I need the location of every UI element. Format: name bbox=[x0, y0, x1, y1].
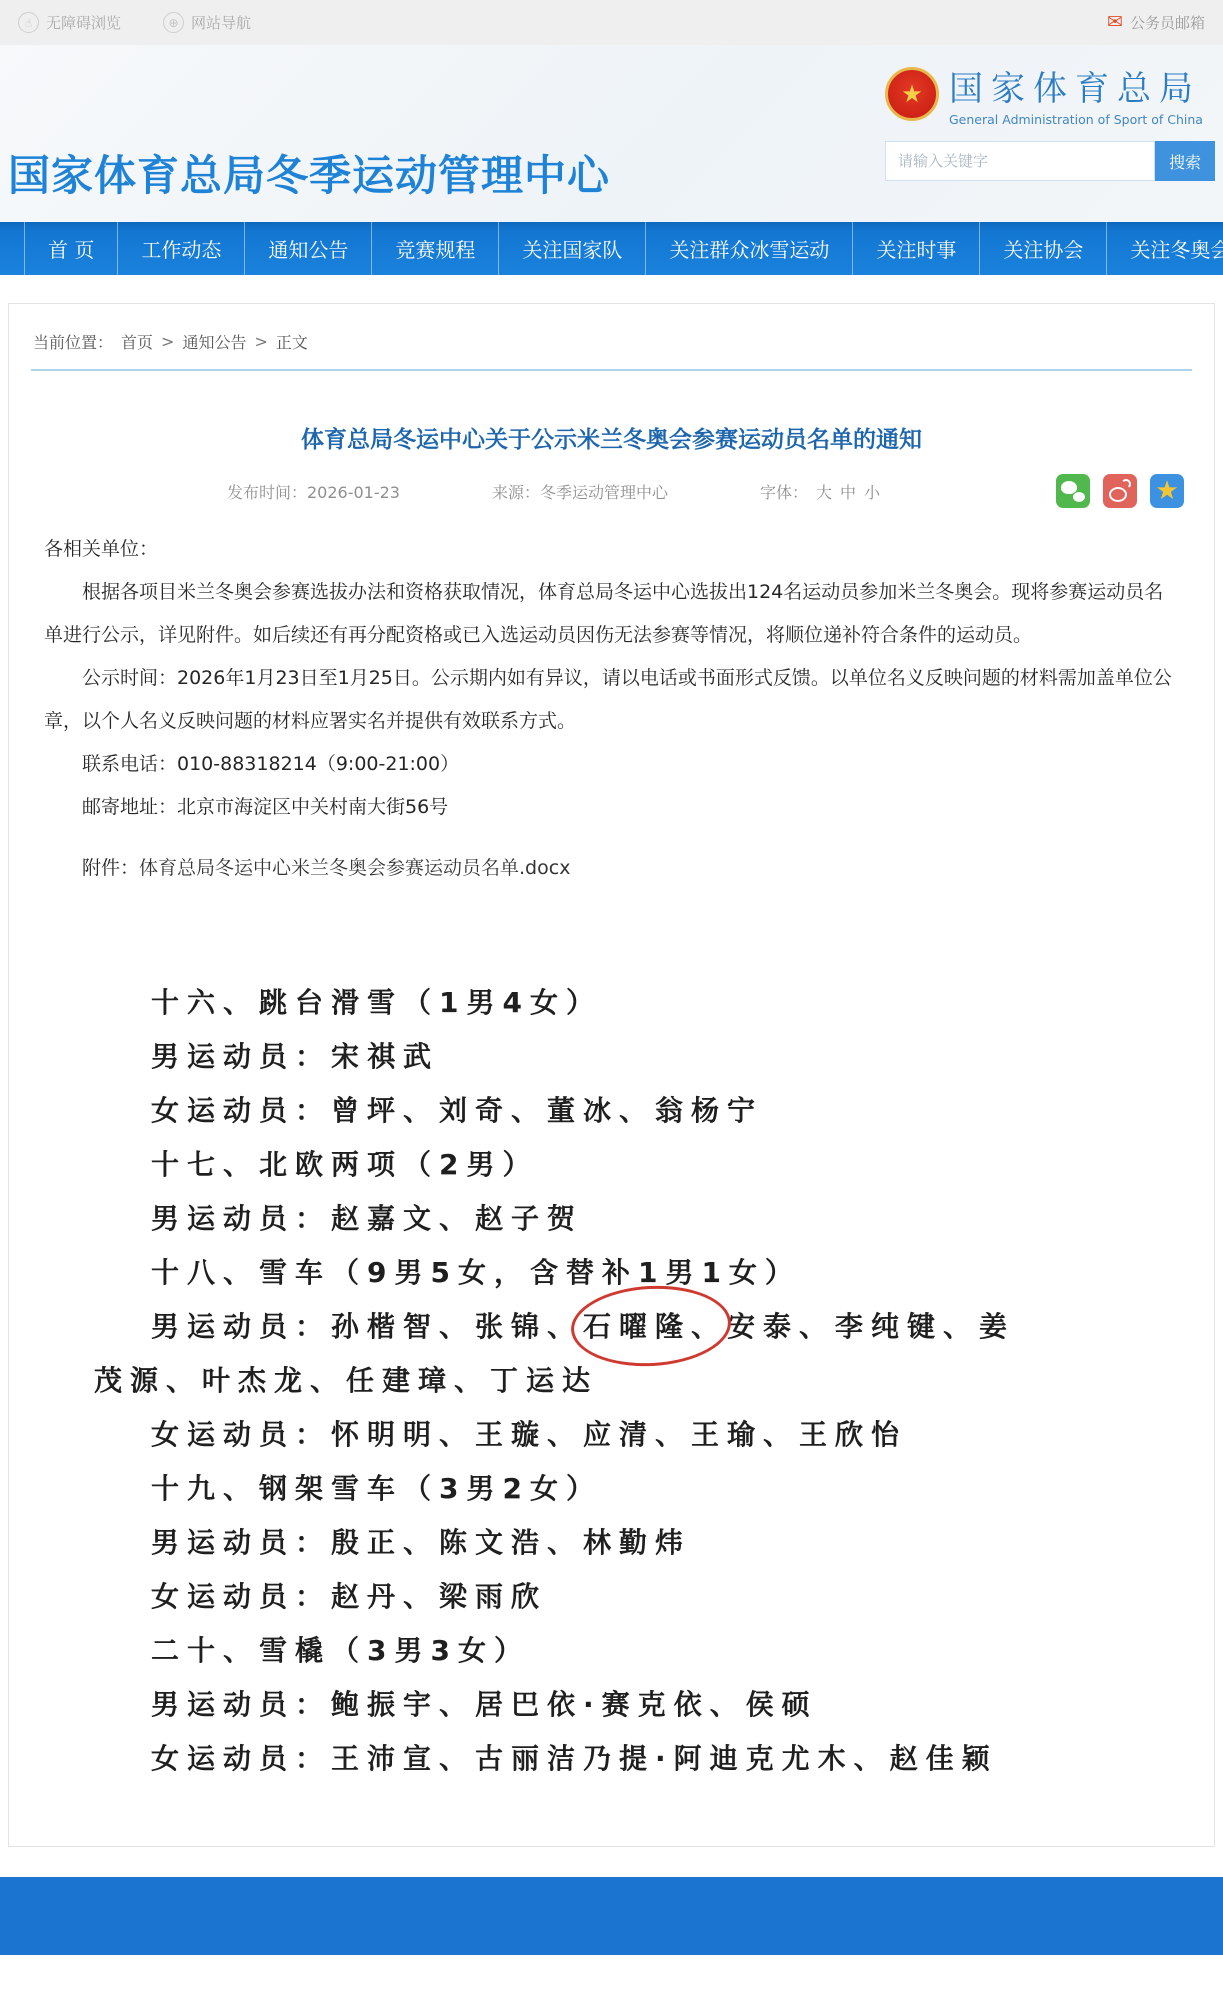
roster-document-image: 十六、跳台滑雪（1男4女）男运动员：宋祺武女运动员：曾坪、刘奇、董冰、翁杨宁十七… bbox=[9, 976, 1214, 1786]
nav-item-home[interactable]: 首 页 bbox=[24, 222, 117, 275]
doc-text: 男运动员：孙楷智、张锦、 bbox=[151, 1310, 583, 1343]
site-header: 国家体育总局冬季运动管理中心 ★ 国家体育总局 General Administ… bbox=[0, 45, 1223, 222]
mailbox-icon: ✉ bbox=[1107, 13, 1123, 32]
paragraph-phone: 联系电话：010-88318214（9:00-21:00） bbox=[44, 743, 1179, 786]
site-nav-label: 网站导航 bbox=[191, 12, 251, 33]
nav-item-notices[interactable]: 通知公告 bbox=[244, 222, 371, 275]
attachment-row: 附件：体育总局冬运中心米兰冬奥会参赛运动员名单.docx bbox=[9, 829, 1214, 880]
doc-text: 十九、钢架雪车（3男2女） bbox=[151, 1472, 602, 1505]
font-size-label: 字体： bbox=[760, 480, 808, 503]
footer-bar bbox=[0, 1877, 1223, 1955]
doc-section-heading: 二十、雪橇（3男3女） bbox=[94, 1624, 1214, 1678]
doc-text: 茂源、叶杰龙、任建璋、丁运达 bbox=[94, 1364, 598, 1397]
font-size-medium[interactable]: 中 bbox=[840, 480, 856, 503]
doc-text: 十七、北欧两项（2男） bbox=[151, 1148, 538, 1181]
mailbox-link[interactable]: ✉ 公务员邮箱 bbox=[1107, 12, 1205, 33]
doc-text: 女运动员：怀明明、王璇、应清、王瑜、王欣怡 bbox=[151, 1418, 907, 1451]
nav-item-winter-olympics[interactable]: 关注冬奥会 bbox=[1106, 222, 1223, 275]
accessibility-link[interactable]: ☝ 无障碍浏览 bbox=[18, 12, 121, 33]
site-title: 国家体育总局冬季运动管理中心 bbox=[8, 143, 610, 203]
doc-roster-line: 女运动员：曾坪、刘奇、董冰、翁杨宁 bbox=[94, 1084, 1214, 1138]
doc-text: 女运动员：曾坪、刘奇、董冰、翁杨宁 bbox=[151, 1094, 763, 1127]
font-size-control: 字体： 大 中 小 bbox=[760, 480, 880, 503]
nav-item-current-affairs[interactable]: 关注时事 bbox=[852, 222, 979, 275]
paragraph-publicity-period: 公示时间：2026年1月23日至1月25日。公示期内如有异议，请以电话或书面形式… bbox=[44, 657, 1179, 743]
weibo-share-icon[interactable] bbox=[1103, 474, 1137, 508]
nav-item-mass-ice-snow[interactable]: 关注群众冰雪运动 bbox=[645, 222, 852, 275]
doc-roster-line: 男运动员：赵嘉文、赵子贺 bbox=[94, 1192, 1214, 1246]
doc-text: 二十、雪橇（3男3女） bbox=[151, 1634, 530, 1667]
doc-roster-line: 男运动员：孙楷智、张锦、石曜隆、安泰、李纯键、姜 bbox=[94, 1300, 1214, 1354]
salutation: 各相关单位： bbox=[44, 528, 1179, 571]
nav-item-work-news[interactable]: 工作动态 bbox=[117, 222, 244, 275]
article-meta: 发布时间：2026-01-23 来源：冬季运动管理中心 字体： 大 中 小 ★ bbox=[9, 474, 1214, 508]
attachment-link[interactable]: 体育总局冬运中心米兰冬奥会参赛运动员名单.docx bbox=[139, 857, 570, 879]
doc-roster-line: 男运动员：殷正、陈文浩、林勤炜 bbox=[94, 1516, 1214, 1570]
breadcrumb-notices[interactable]: 通知公告 bbox=[182, 330, 246, 353]
breadcrumb-home[interactable]: 首页 bbox=[121, 330, 153, 353]
article-body: 各相关单位： 根据各项目米兰冬奥会参赛选拔办法和资格获取情况，体育总局冬运中心选… bbox=[9, 508, 1214, 829]
site-nav-link[interactable]: ⊕ 网站导航 bbox=[163, 12, 251, 33]
doc-text: 女运动员：王沛宣、古丽洁乃提·阿迪克尤木、赵佳颖 bbox=[151, 1742, 998, 1775]
doc-section-heading: 十七、北欧两项（2男） bbox=[94, 1138, 1214, 1192]
doc-text: 男运动员：赵嘉文、赵子贺 bbox=[151, 1202, 583, 1235]
article-source: 来源：冬季运动管理中心 bbox=[492, 480, 668, 503]
document-lines: 十六、跳台滑雪（1男4女）男运动员：宋祺武女运动员：曾坪、刘奇、董冰、翁杨宁十七… bbox=[94, 976, 1214, 1786]
nav-item-associations[interactable]: 关注协会 bbox=[979, 222, 1106, 275]
attachment-label: 附件： bbox=[82, 857, 139, 879]
search-button[interactable]: 搜索 bbox=[1155, 141, 1215, 181]
national-emblem-icon: ★ bbox=[885, 67, 939, 121]
doc-text: 安泰、李纯键、姜 bbox=[727, 1310, 1015, 1343]
paragraph-address: 邮寄地址：北京市海淀区中关村南大街56号 bbox=[44, 786, 1179, 829]
qzone-share-icon[interactable]: ★ bbox=[1150, 474, 1184, 508]
paragraph-selection: 根据各项目米兰冬奥会参赛选拔办法和资格获取情况，体育总局冬运中心选拔出124名运… bbox=[44, 571, 1179, 657]
font-size-large[interactable]: 大 bbox=[816, 480, 832, 503]
mailbox-label: 公务员邮箱 bbox=[1130, 12, 1205, 33]
search-input[interactable] bbox=[885, 141, 1155, 181]
org-name-cn: 国家体育总局 bbox=[949, 61, 1203, 110]
breadcrumb: 当前位置： 首页 > 通知公告 > 正文 bbox=[31, 304, 1192, 371]
doc-text: 十六、跳台滑雪（1男4女） bbox=[151, 986, 602, 1019]
doc-roster-line: 男运动员：鲍振宇、居巴依·赛克依、侯硕 bbox=[94, 1678, 1214, 1732]
wechat-share-icon[interactable] bbox=[1056, 474, 1090, 508]
doc-section-heading: 十六、跳台滑雪（1男4女） bbox=[94, 976, 1214, 1030]
doc-text: 十八、雪车（9男5女，含替补1男1女） bbox=[151, 1256, 801, 1289]
breadcrumb-current: 正文 bbox=[276, 330, 308, 353]
doc-text: 女运动员：赵丹、梁雨欣 bbox=[151, 1580, 547, 1613]
doc-text: 男运动员：鲍振宇、居巴依·赛克依、侯硕 bbox=[151, 1688, 818, 1721]
breadcrumb-label: 当前位置： bbox=[33, 330, 113, 353]
doc-circled-name: 石曜隆、 bbox=[583, 1300, 727, 1354]
accessibility-icon: ☝ bbox=[18, 12, 39, 33]
gasc-logo: ★ 国家体育总局 General Administration of Sport… bbox=[885, 61, 1215, 127]
doc-roster-line: 女运动员：王沛宣、古丽洁乃提·阿迪克尤木、赵佳颖 bbox=[94, 1732, 1214, 1786]
publish-date: 发布时间：2026-01-23 bbox=[227, 480, 400, 503]
doc-roster-line: 女运动员：赵丹、梁雨欣 bbox=[94, 1570, 1214, 1624]
nav-item-competition-rules[interactable]: 竞赛规程 bbox=[371, 222, 498, 275]
nav-item-national-team[interactable]: 关注国家队 bbox=[498, 222, 645, 275]
breadcrumb-separator: > bbox=[254, 332, 267, 351]
main-nav: 首 页 工作动态 通知公告 竞赛规程 关注国家队 关注群众冰雪运动 关注时事 关… bbox=[0, 222, 1223, 275]
doc-text: 男运动员：宋祺武 bbox=[151, 1040, 439, 1073]
org-name-en: General Administration of Sport of China bbox=[949, 112, 1203, 127]
doc-section-heading: 十九、钢架雪车（3男2女） bbox=[94, 1462, 1214, 1516]
content-box: 当前位置： 首页 > 通知公告 > 正文 体育总局冬运中心关于公示米兰冬奥会参赛… bbox=[8, 303, 1215, 1847]
top-utility-bar: ☝ 无障碍浏览 ⊕ 网站导航 ✉ 公务员邮箱 bbox=[0, 0, 1223, 45]
doc-roster-line: 女运动员：怀明明、王璇、应清、王瑜、王欣怡 bbox=[94, 1408, 1214, 1462]
article-title: 体育总局冬运中心关于公示米兰冬奥会参赛运动员名单的通知 bbox=[9, 421, 1214, 454]
accessibility-label: 无障碍浏览 bbox=[46, 12, 121, 33]
doc-roster-line: 男运动员：宋祺武 bbox=[94, 1030, 1214, 1084]
doc-text: 男运动员：殷正、陈文浩、林勤炜 bbox=[151, 1526, 691, 1559]
share-buttons: ★ bbox=[1056, 474, 1184, 508]
breadcrumb-separator: > bbox=[161, 332, 174, 351]
font-size-small[interactable]: 小 bbox=[864, 480, 880, 503]
globe-icon: ⊕ bbox=[163, 12, 184, 33]
